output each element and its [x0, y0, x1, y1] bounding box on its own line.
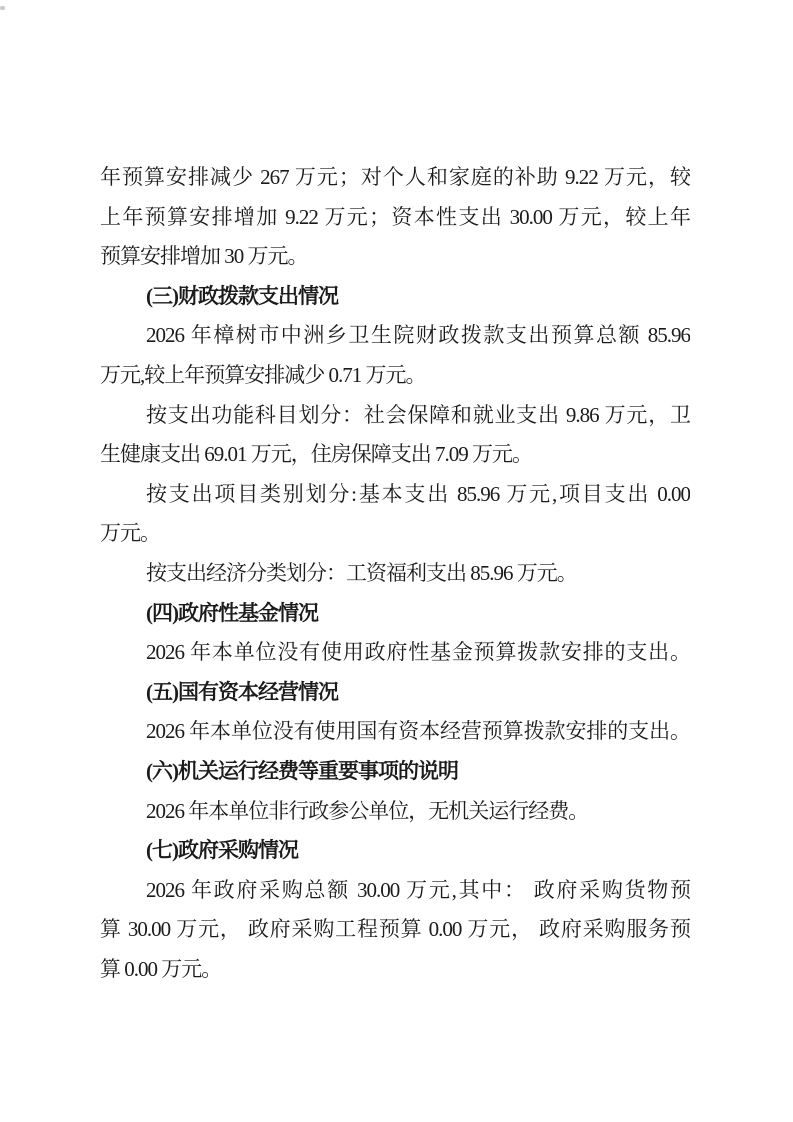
body-line: 年预算安排减少 267 万元；对个人和家庭的补助 9.22 万元，较	[100, 158, 690, 198]
section-heading-3-fiscal-appropriation-expenditure: (三)财政拨款支出情况	[100, 277, 690, 317]
body-line: 上年预算安排增加 9.22 万元；资本性支出 30.00 万元，较上年	[100, 198, 690, 238]
section-heading-5-state-capital-operations: (五)国有资本经营情况	[100, 673, 690, 713]
scan-artifact	[0, 6, 5, 10]
body-line: 2026 年本单位非行政参公单位，无机关运行经费。	[100, 792, 690, 832]
body-line: 预算安排增加 30 万元。	[100, 237, 690, 277]
body-line: 万元。	[100, 514, 690, 554]
body-line: 万元,较上年预算安排减少 0.71 万元。	[100, 356, 690, 396]
body-line: 算 30.00 万元， 政府采购工程预算 0.00 万元， 政府采购服务预	[100, 910, 690, 950]
body-line: 2026 年本单位没有使用国有资本经营预算拨款安排的支出。	[100, 712, 690, 752]
body-line: 按支出项目类别划分:基本支出 85.96 万元,项目支出 0.00	[100, 475, 690, 515]
body-line: 按支出功能科目划分：社会保障和就业支出 9.86 万元，卫	[100, 396, 690, 436]
body-line: 2026 年政府采购总额 30.00 万元,其中： 政府采购货物预	[100, 871, 690, 911]
section-heading-4-government-funds: (四)政府性基金情况	[100, 594, 690, 634]
document-content: 年预算安排减少 267 万元；对个人和家庭的补助 9.22 万元，较 上年预算安…	[100, 158, 690, 989]
section-heading-7-government-procurement: (七)政府采购情况	[100, 831, 690, 871]
body-line: 生健康支出 69.01 万元，住房保障支出 7.09 万元。	[100, 435, 690, 475]
section-heading-6-agency-operating-expenses: (六)机关运行经费等重要事项的说明	[100, 752, 690, 792]
body-line: 按支出经济分类划分：工资福利支出 85.96 万元。	[100, 554, 690, 594]
body-line: 2026 年樟树市中洲乡卫生院财政拨款支出预算总额 85.96	[100, 316, 690, 356]
body-line: 算 0.00 万元。	[100, 950, 690, 990]
body-line: 2026 年本单位没有使用政府性基金预算拨款安排的支出。	[100, 633, 690, 673]
document-page: 年预算安排减少 267 万元；对个人和家庭的补助 9.22 万元，较 上年预算安…	[0, 0, 793, 1122]
